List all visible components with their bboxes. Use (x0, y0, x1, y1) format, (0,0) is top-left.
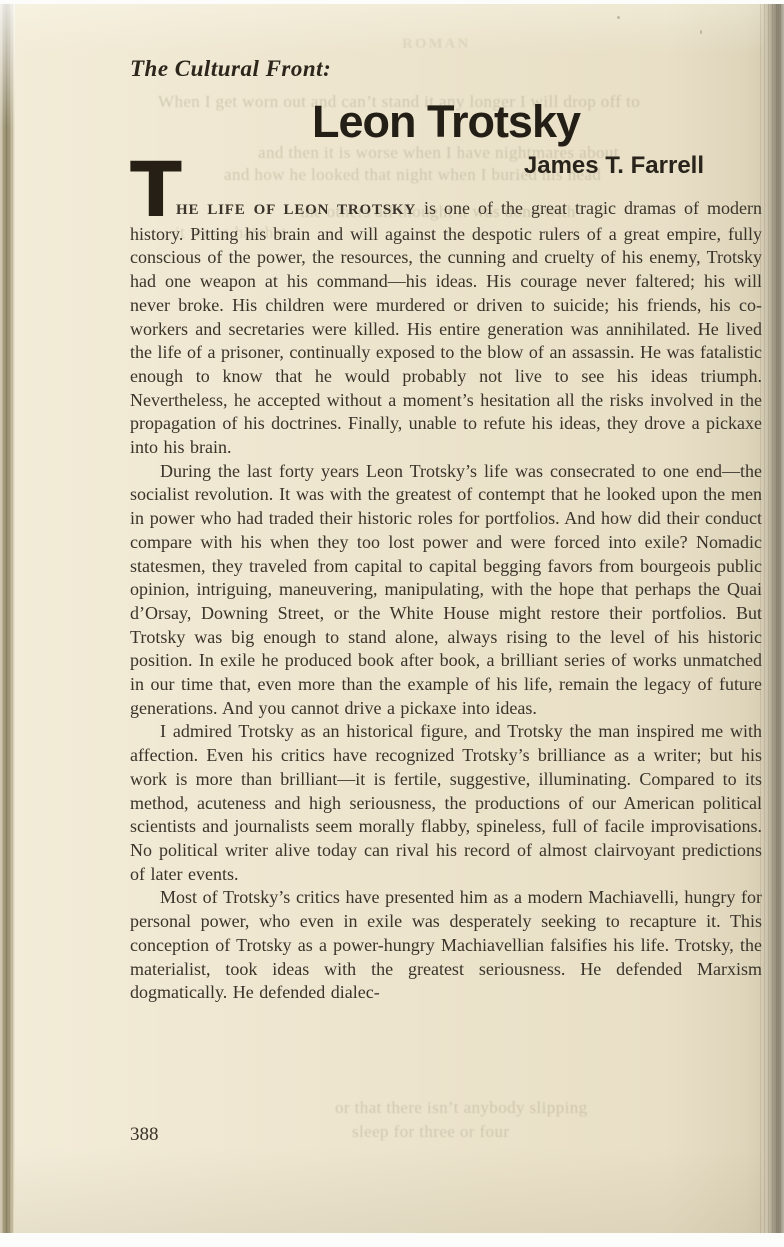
lead-small-caps: HE LIFE OF LEON TROTSKY (176, 202, 416, 218)
bleedthrough-text: or that there isn’t anybody slipping (335, 1098, 588, 1118)
scan-speck (700, 30, 702, 34)
scan-speck (617, 16, 620, 19)
article-title: Leon Trotsky (130, 98, 762, 146)
page-right-edge (760, 4, 784, 1233)
author-byline: James T. Farrell (130, 152, 762, 180)
section-label: The Cultural Front: (130, 56, 762, 82)
paragraph: During the last forty years Leon Trotsky… (130, 460, 762, 721)
drop-cap: T (130, 197, 176, 221)
page-number: 388 (130, 1124, 159, 1146)
book-page: ROMANWhen I get worn out and can’t stand… (0, 4, 784, 1233)
article-body: THE LIFE OF LEON TROTSKY is one of the g… (130, 197, 762, 1005)
page-left-edge (0, 4, 15, 1233)
paragraph: I admired Trotsky as an historical figur… (130, 720, 762, 886)
paragraph: Most of Trotsky’s critics have presented… (130, 886, 762, 1005)
paragraph: THE LIFE OF LEON TROTSKY is one of the g… (130, 197, 762, 460)
scanned-book-page: { "scan": { "page_number": "388", "heade… (0, 0, 784, 1247)
bleedthrough-text: sleep for three or four (352, 1122, 509, 1142)
bleedthrough-text: ROMAN (402, 36, 470, 53)
article: The Cultural Front: Leon Trotsky James T… (130, 56, 762, 1005)
